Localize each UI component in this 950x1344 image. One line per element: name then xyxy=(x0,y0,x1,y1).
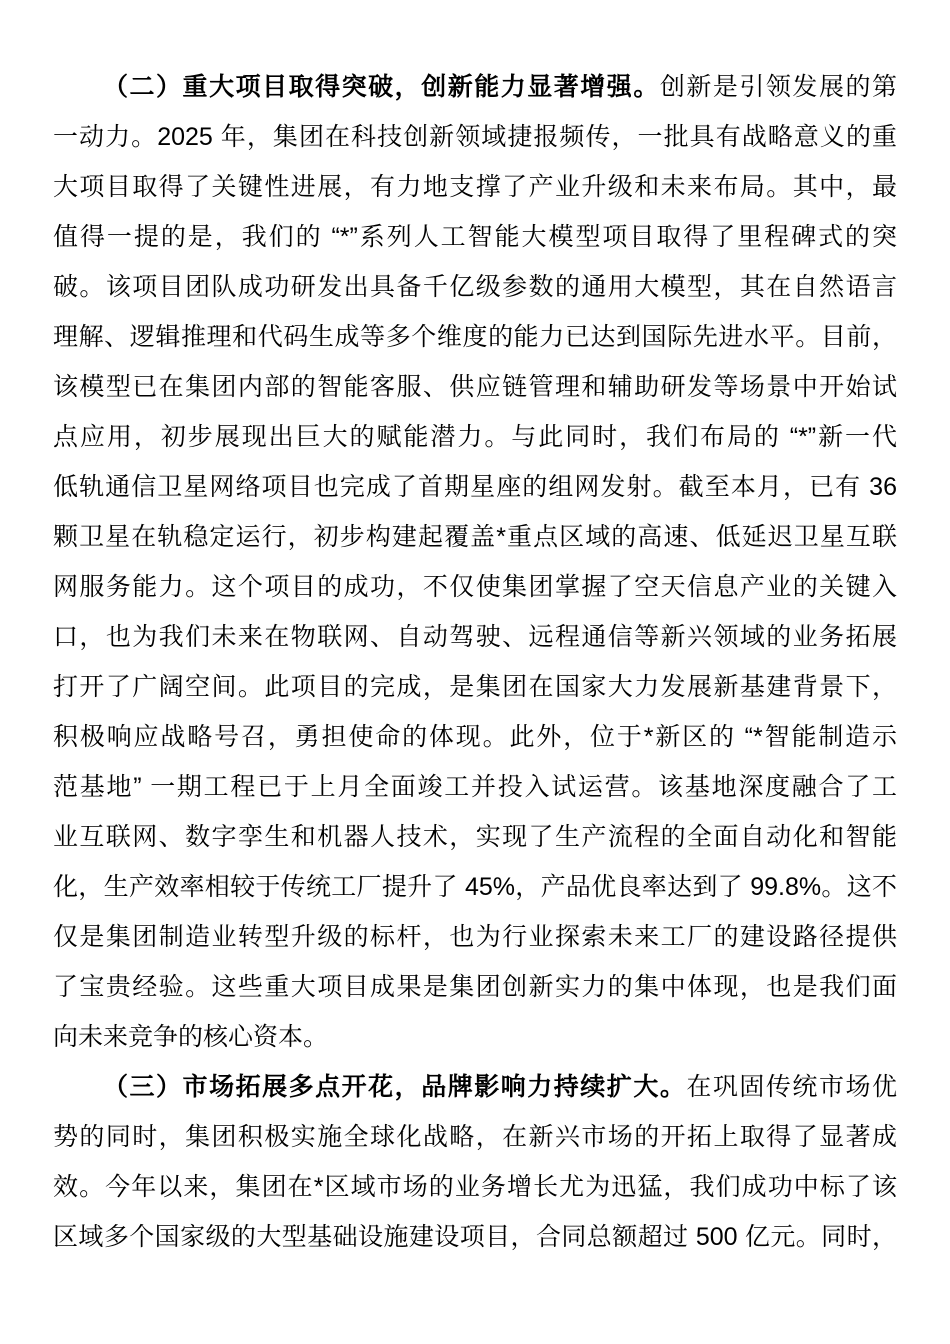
text-line: （三）市场拓展多点开花，品牌影响力持续扩大。在巩固传统市场优 xyxy=(53,1062,897,1112)
text-line: 业互联网、数字孪生和机器人技术，实现了生产流程的全面自动化和智能 xyxy=(53,812,897,862)
text-line: 颗卫星在轨稳定运行，初步构建起覆盖*重点区域的高速、低延迟卫星互联 xyxy=(53,512,897,562)
line-text: 创新是引领发展的第 xyxy=(660,73,897,101)
paragraph-section-two: （二）重大项目取得突破，创新能力显著增强。创新是引领发展的第 一动力。2025 … xyxy=(53,62,897,1062)
text-line: 化，生产效率相较于传统工厂提升了 45%，产品优良率达到了 99.8%。这不 xyxy=(53,862,897,912)
text-line: （二）重大项目取得突破，创新能力显著增强。创新是引领发展的第 xyxy=(53,62,897,112)
document-page: （二）重大项目取得突破，创新能力显著增强。创新是引领发展的第 一动力。2025 … xyxy=(0,0,950,1344)
text-line: 积极响应战略号召，勇担使命的体现。此外，位于*新区的 “*智能制造示 xyxy=(53,712,897,762)
text-line: 破。该项目团队成功研发出具备千亿级参数的通用大模型，其在自然语言 xyxy=(53,262,897,312)
text-line: 网服务能力。这个项目的成功，不仅使集团掌握了空天信息产业的关键入 xyxy=(53,562,897,612)
text-line: 点应用，初步展现出巨大的赋能潜力。与此同时，我们布局的 “*”新一代 xyxy=(53,412,897,462)
text-line: 仅是集团制造业转型升级的标杆，也为行业探索未来工厂的建设路径提供 xyxy=(53,912,897,962)
text-line: 势的同时，集团积极实施全球化战略，在新兴市场的开拓上取得了显著成 xyxy=(53,1112,897,1162)
text-line: 了宝贵经验。这些重大项目成果是集团创新实力的集中体现，也是我们面 xyxy=(53,962,897,1012)
text-line: 一动力。2025 年，集团在科技创新领域捷报频传，一批具有战略意义的重 xyxy=(53,112,897,162)
text-line: 理解、逻辑推理和代码生成等多个维度的能力已达到国际先进水平。目前， xyxy=(53,312,897,362)
text-line: 口，也为我们未来在物联网、自动驾驶、远程通信等新兴领域的业务拓展 xyxy=(53,612,897,662)
paragraph-section-three: （三）市场拓展多点开花，品牌影响力持续扩大。在巩固传统市场优 势的同时，集团积极… xyxy=(53,1062,897,1262)
text-line: 值得一提的是，我们的 “*”系列人工智能大模型项目取得了里程碑式的突 xyxy=(53,212,897,262)
section-heading: （二）重大项目取得突破，创新能力显著增强。 xyxy=(103,73,660,101)
text-line: 低轨通信卫星网络项目也完成了首期星座的组网发射。截至本月，已有 36 xyxy=(53,462,897,512)
text-line: 范基地” 一期工程已于上月全面竣工并投入试运营。该基地深度融合了工 xyxy=(53,762,897,812)
text-line: 向未来竞争的核心资本。 xyxy=(53,1012,897,1062)
text-line: 区域多个国家级的大型基础设施建设项目，合同总额超过 500 亿元。同时， xyxy=(53,1212,897,1262)
text-line: 效。今年以来，集团在*区域市场的业务增长尤为迅猛，我们成功中标了该 xyxy=(53,1162,897,1212)
line-text: 在巩固传统市场优 xyxy=(686,1073,897,1101)
text-line: 大项目取得了关键性进展，有力地支撑了产业升级和未来布局。其中，最 xyxy=(53,162,897,212)
text-line: 打开了广阔空间。此项目的完成，是集团在国家大力发展新基建背景下， xyxy=(53,662,897,712)
section-heading: （三）市场拓展多点开花，品牌影响力持续扩大。 xyxy=(103,1073,686,1101)
text-line: 该模型已在集团内部的智能客服、供应链管理和辅助研发等场景中开始试 xyxy=(53,362,897,412)
